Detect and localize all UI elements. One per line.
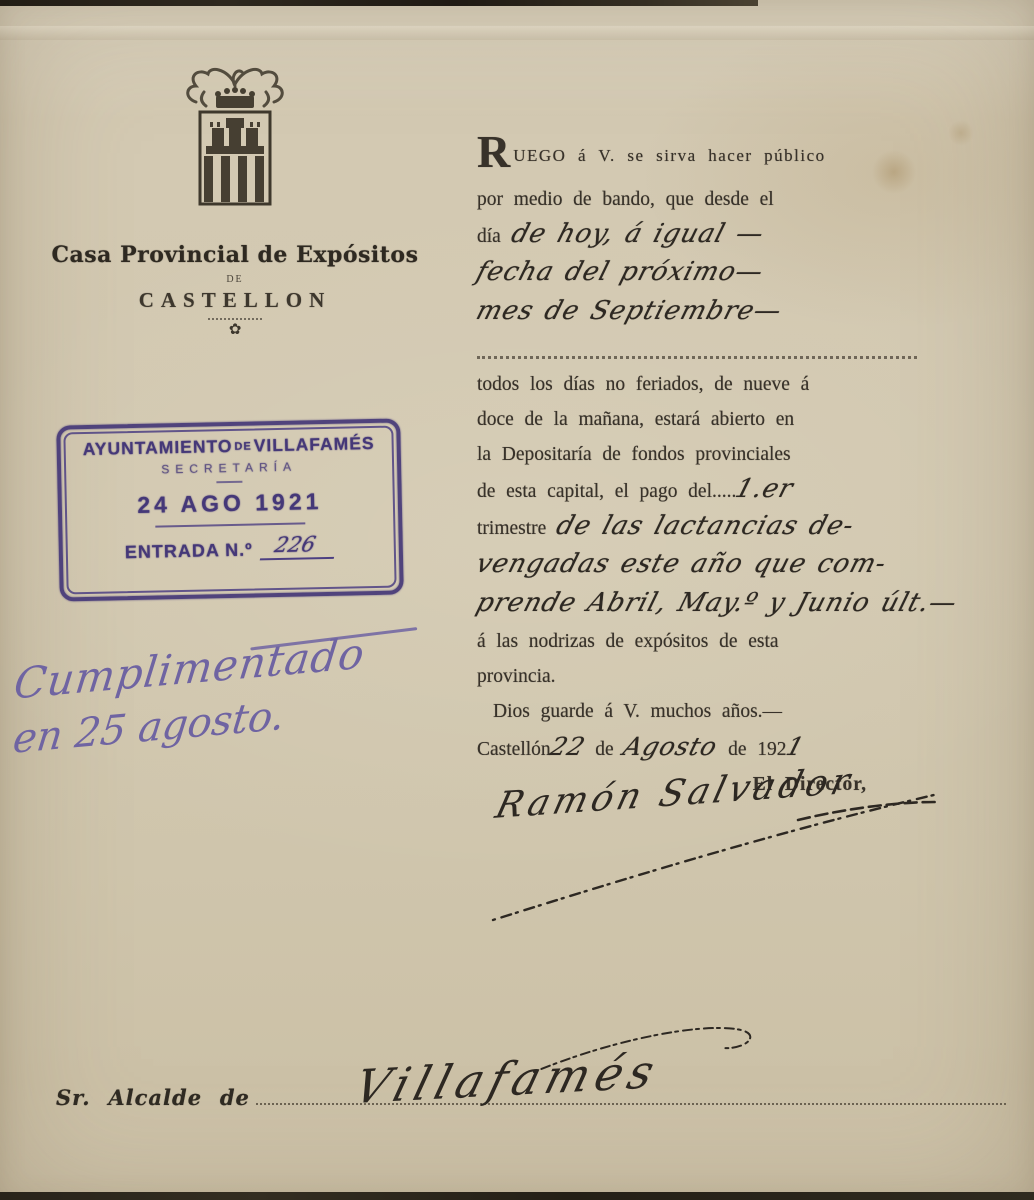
body-line: provincia. (477, 659, 937, 694)
stamp-content: AYUNTAMIENTODEVILLAFAMÉS SECRETARÍA 24 A… (64, 429, 395, 592)
printed-text: todos los días no feriados, de nueve á (477, 374, 809, 395)
body-line: todos los días no feriados, de nueve á (477, 367, 937, 402)
org-de: DE (40, 274, 430, 285)
stamp-entry-row: ENTRADA N.º 226 (125, 532, 338, 563)
addressee-line: Sr. Alcalde de Villafamés (56, 1082, 1006, 1110)
printed-text: provincia. (477, 666, 556, 687)
stamp-org-b: VILLAFAMÉS (254, 433, 375, 456)
stamp-dash (216, 481, 242, 484)
handwritten-fill: mes de Septiembre— (472, 293, 787, 329)
dotted-blank-line (477, 332, 917, 359)
printed-text: á las nodrizas de expósitos de esta (477, 631, 779, 652)
printed-text: la Depositaría de fondos provinciales (477, 444, 791, 465)
stamp-entry-number: 226 (260, 532, 340, 561)
handwritten-fill: de las lactancias de- (552, 509, 858, 544)
printed-text: doce de la mañana, estará abierto en (477, 409, 794, 430)
handwritten-fill: de hoy, á igual — (507, 217, 768, 252)
body-line: doce de la mañana, estará abierto en (477, 402, 937, 437)
printed-text: UEGO á V. se sirva hacer público (513, 146, 825, 165)
handwritten-day: 22 (546, 729, 590, 764)
body-line: vengadas este año que com- (477, 546, 937, 585)
stamp-entry-label: ENTRADA N.º (125, 540, 253, 564)
handwritten-annotation: Cumplimentado en 25 agosto. (12, 621, 459, 762)
letterhead-rule (208, 318, 262, 320)
printed-text: Castellón (477, 739, 551, 760)
floral-ornament-icon: ✿ (40, 322, 430, 336)
printed-text: Dios guarde á V. muchos años.— (493, 701, 782, 722)
body-line: RUEGO á V. se sirva hacer público (477, 126, 937, 182)
handwritten-fill: vengadas este año que com- (472, 546, 891, 582)
body-line: Dios guarde á V. muchos años.— (477, 694, 937, 729)
coat-of-arms-icon (174, 62, 296, 234)
org-name: Casa Provincial de Expósitos (40, 242, 430, 268)
body-line: día de hoy, á igual — (477, 217, 937, 254)
printed-text: por medio de bando, que desde el (477, 189, 774, 210)
scanned-letter-page: Casa Provincial de Expósitos DE CASTELLO… (0, 0, 1034, 1200)
stamp-rule (155, 522, 305, 527)
salutation: Sr. Alcalde de (56, 1085, 250, 1110)
stamp-dept: SECRETARÍA (161, 460, 297, 477)
printed-text: de (584, 739, 624, 760)
stamp-org-de: DE (234, 441, 252, 453)
stamp-date: 24 AGO 1921 (137, 488, 323, 519)
body-line: trimestre de las lactancias de- (477, 509, 937, 546)
handwritten-fill: fecha del próximo— (472, 254, 768, 290)
printed-text: de esta capital, el pago del..... (477, 481, 736, 502)
scan-edge-bottom (0, 1192, 1034, 1200)
stamp-org-a: AYUNTAMIENTO (83, 436, 233, 459)
body-line: mes de Septiembre— (477, 293, 937, 332)
paper-stain (946, 120, 976, 146)
body-line: la Depositaría de fondos provinciales (477, 437, 937, 472)
printed-text: día (477, 226, 512, 247)
org-city: CASTELLON (40, 288, 430, 313)
letterhead: Casa Provincial de Expósitos DE CASTELLO… (40, 62, 430, 336)
body-line: fecha del próximo— (477, 254, 937, 293)
handwritten-fill: prende Abril, May.º y Junio últ.— (472, 585, 962, 621)
drop-cap: R (477, 126, 511, 177)
stamp-org-line: AYUNTAMIENTODEVILLAFAMÉS (83, 433, 375, 460)
handwritten-fill: 1.er (731, 472, 798, 507)
printed-text: de 192 (717, 739, 786, 760)
body-line: de esta capital, el pago del.....1.er (477, 472, 937, 509)
body-line: á las nodrizas de expósitos de esta (477, 624, 937, 659)
handwritten-month: Agosto (619, 729, 722, 764)
body-line: prende Abril, May.º y Junio últ.— (477, 585, 937, 624)
printed-text: trimestre (477, 518, 557, 539)
letter-body: RUEGO á V. se sirva hacer público por me… (477, 126, 937, 802)
entry-stamp: AYUNTAMIENTODEVILLAFAMÉS SECRETARÍA 24 A… (56, 418, 404, 601)
body-line: por medio de bando, que desde el (477, 182, 937, 217)
